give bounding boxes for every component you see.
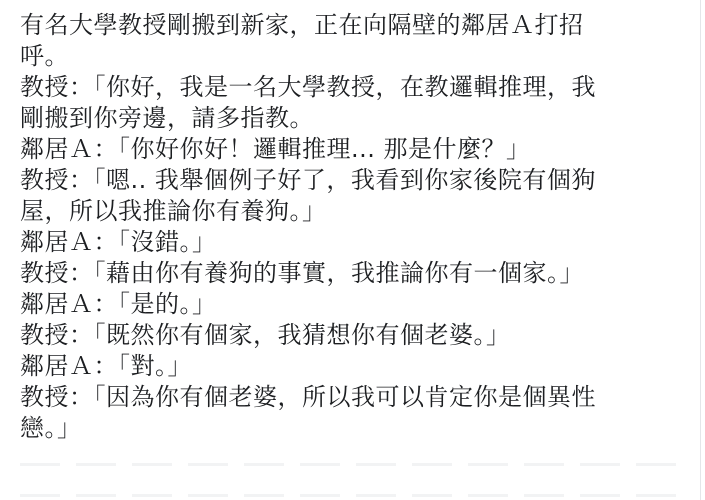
text-line: 鄰居Ａ：「你好你好！邏輯推理... 那是什麼？」 <box>20 134 680 165</box>
container-edge-divider <box>700 0 701 500</box>
text-line: 教授：「既然你有個家，我猜想你有個老婆。」 <box>20 320 680 351</box>
text-line: 鄰居Ａ：「是的。」 <box>20 289 680 320</box>
bleed-through-artifact <box>20 494 685 497</box>
text-line: 呼。 <box>20 41 680 72</box>
text-line: 鄰居Ａ：「沒錯。」 <box>20 227 680 258</box>
text-line: 有名大學教授剛搬到新家，正在向隔壁的鄰居Ａ打招 <box>20 10 680 41</box>
text-line: 教授：「藉由你有養狗的事實，我推論你有一個家。」 <box>20 258 680 289</box>
text-line: 教授：「因為你有個老婆，所以我可以肯定你是個異性 <box>20 382 680 413</box>
bleed-through-artifact <box>20 463 685 466</box>
text-line: 教授：「嗯.. 我舉個例子好了，我看到你家後院有個狗 <box>20 165 680 196</box>
text-line: 鄰居Ａ：「對。」 <box>20 351 680 382</box>
text-line: 屋，所以我推論你有養狗。」 <box>20 196 680 227</box>
text-line: 教授：「你好，我是一名大學教授，在教邏輯推理，我 <box>20 72 680 103</box>
text-line: 戀。」 <box>20 413 680 444</box>
post-text: 有名大學教授剛搬到新家，正在向隔壁的鄰居Ａ打招 呼。 教授：「你好，我是一名大學… <box>20 10 680 444</box>
text-line: 剛搬到你旁邊，請多指教。 <box>20 103 680 134</box>
